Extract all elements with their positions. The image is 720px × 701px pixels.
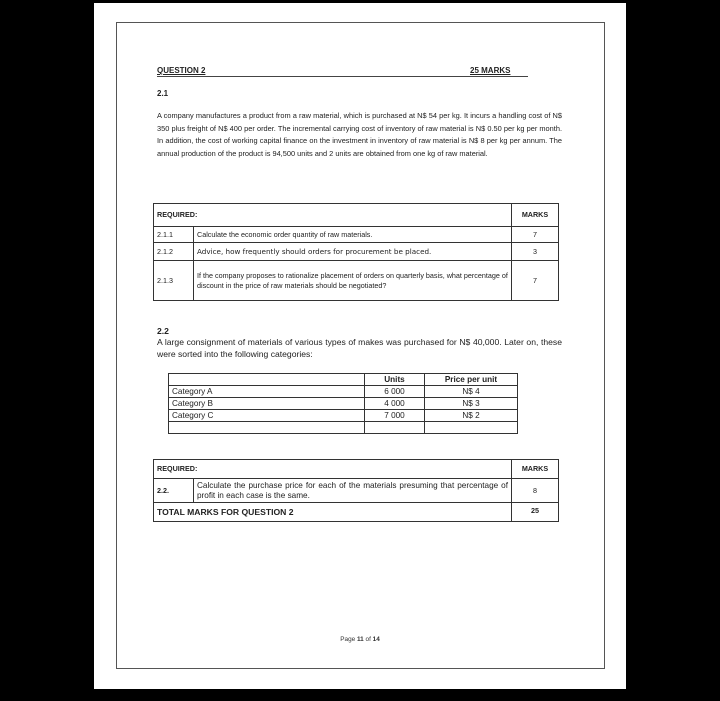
item-number: 2.1.2 xyxy=(154,243,194,261)
item-text: Calculate the purchase price for each of… xyxy=(194,479,512,503)
category-table: Units Price per unit Category A 6 000 N$… xyxy=(168,373,518,434)
category-name: Category B xyxy=(169,398,365,410)
table-row xyxy=(169,422,518,434)
section-2-1-paragraph: A company manufactures a product from a … xyxy=(157,110,562,160)
marks-header: MARKS xyxy=(512,460,559,479)
page-of: of xyxy=(366,636,371,643)
table-row: 2.1.3 If the company proposes to rationa… xyxy=(154,261,559,301)
required-table-2-1: REQUIRED: MARKS 2.1.1 Calculate the econ… xyxy=(153,203,559,301)
item-marks: 8 xyxy=(512,479,559,503)
item-marks: 7 xyxy=(512,227,559,243)
required-header: REQUIRED: xyxy=(154,460,512,479)
section-2-2-heading: 2.2 xyxy=(157,326,169,336)
category-name: Category C xyxy=(169,410,365,422)
page-total: 14 xyxy=(373,636,380,643)
price-header: Price per unit xyxy=(425,374,518,386)
item-number: 2.1.3 xyxy=(154,261,194,301)
question-title: QUESTION 2 xyxy=(157,66,205,75)
category-name: Category A xyxy=(169,386,365,398)
table-row: 2.1.2 Advice, how frequently should orde… xyxy=(154,243,559,261)
category-price xyxy=(425,422,518,434)
item-text: Advice, how frequently should orders for… xyxy=(194,243,512,261)
total-marks: 25 xyxy=(512,503,559,522)
marks-header: MARKS xyxy=(512,204,559,227)
units-header: Units xyxy=(365,374,425,386)
category-price: N$ 2 xyxy=(425,410,518,422)
category-header xyxy=(169,374,365,386)
required-header: REQUIRED: xyxy=(154,204,512,227)
total-label: TOTAL MARKS FOR QUESTION 2 xyxy=(154,503,512,522)
section-2-1-heading: 2.1 xyxy=(157,89,168,98)
table-row: 2.1.1 Calculate the economic order quant… xyxy=(154,227,559,243)
item-number: 2.1.1 xyxy=(154,227,194,243)
page-footer: Page 11 of 14 xyxy=(0,636,720,643)
category-units: 6 000 xyxy=(365,386,425,398)
item-marks: 3 xyxy=(512,243,559,261)
category-price: N$ 3 xyxy=(425,398,518,410)
category-units: 4 000 xyxy=(365,398,425,410)
item-text: If the company proposes to rationalize p… xyxy=(194,261,512,301)
section-2-2-paragraph: A large consignment of materials of vari… xyxy=(157,337,562,360)
table-row: Category B 4 000 N$ 3 xyxy=(169,398,518,410)
page-prefix: Page xyxy=(340,636,355,643)
question-underline xyxy=(157,76,528,77)
page-current: 11 xyxy=(357,636,364,643)
item-number: 2.2. xyxy=(154,479,194,503)
category-units xyxy=(365,422,425,434)
total-row: TOTAL MARKS FOR QUESTION 2 25 xyxy=(154,503,559,522)
table-row: 2.2. Calculate the purchase price for ea… xyxy=(154,479,559,503)
required-table-2-2: REQUIRED: MARKS 2.2. Calculate the purch… xyxy=(153,459,559,522)
category-name xyxy=(169,422,365,434)
item-marks: 7 xyxy=(512,261,559,301)
category-units: 7 000 xyxy=(365,410,425,422)
category-price: N$ 4 xyxy=(425,386,518,398)
question-marks: 25 MARKS xyxy=(470,66,510,75)
table-row: Category A 6 000 N$ 4 xyxy=(169,386,518,398)
item-text: Calculate the economic order quantity of… xyxy=(194,227,512,243)
table-row: Category C 7 000 N$ 2 xyxy=(169,410,518,422)
